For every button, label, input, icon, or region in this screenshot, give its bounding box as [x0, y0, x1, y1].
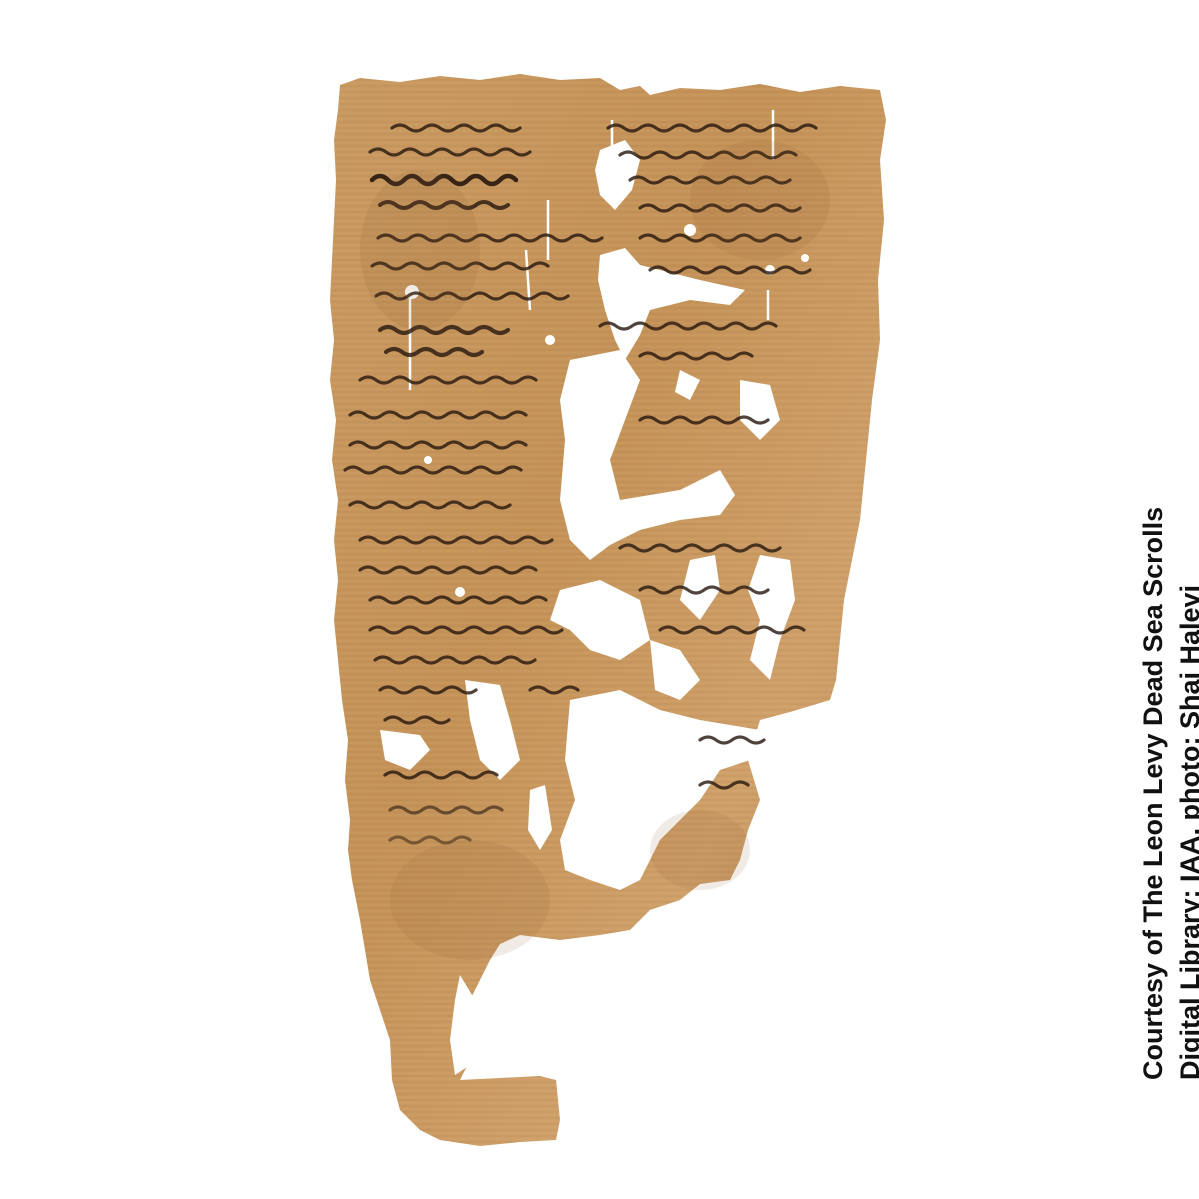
- papyrus-photograph: [0, 0, 1199, 1199]
- credit-line-2: Digital Library; IAA, photo: Shai Halevi: [1172, 507, 1199, 1080]
- photo-credit: Courtesy of The Leon Levy Dead Sea Scrol…: [1135, 507, 1199, 1080]
- credit-line-1: Courtesy of The Leon Levy Dead Sea Scrol…: [1135, 507, 1172, 1080]
